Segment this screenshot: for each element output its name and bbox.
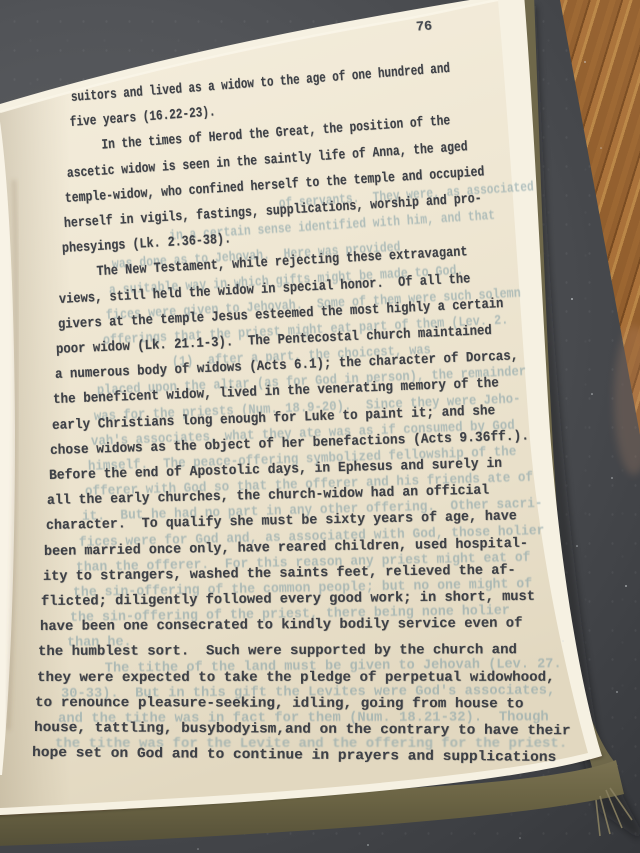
typed-line: suitors and lived as a widow to the age …	[70, 57, 451, 111]
typed-line: hope set on God and to continue in praye…	[32, 741, 556, 771]
typed-line: have been one consecrated to kindly bodi…	[39, 612, 522, 640]
page-number: 76	[415, 19, 432, 35]
typed-line: they were expected to take the pledge of…	[36, 665, 554, 690]
photo-book-scene: of servants. They were, as associated in…	[0, 0, 640, 853]
page-content: of servants. They were, as associated in…	[0, 0, 640, 853]
typed-line: house, tattling, busybodyism,and on the …	[33, 716, 570, 744]
typed-line: flicted; diligently followed every good …	[41, 585, 535, 615]
typed-line: the humblest sort. Such were supported b…	[38, 639, 517, 666]
typed-line: to renounce pleasure-seeking, idling, go…	[35, 691, 524, 717]
